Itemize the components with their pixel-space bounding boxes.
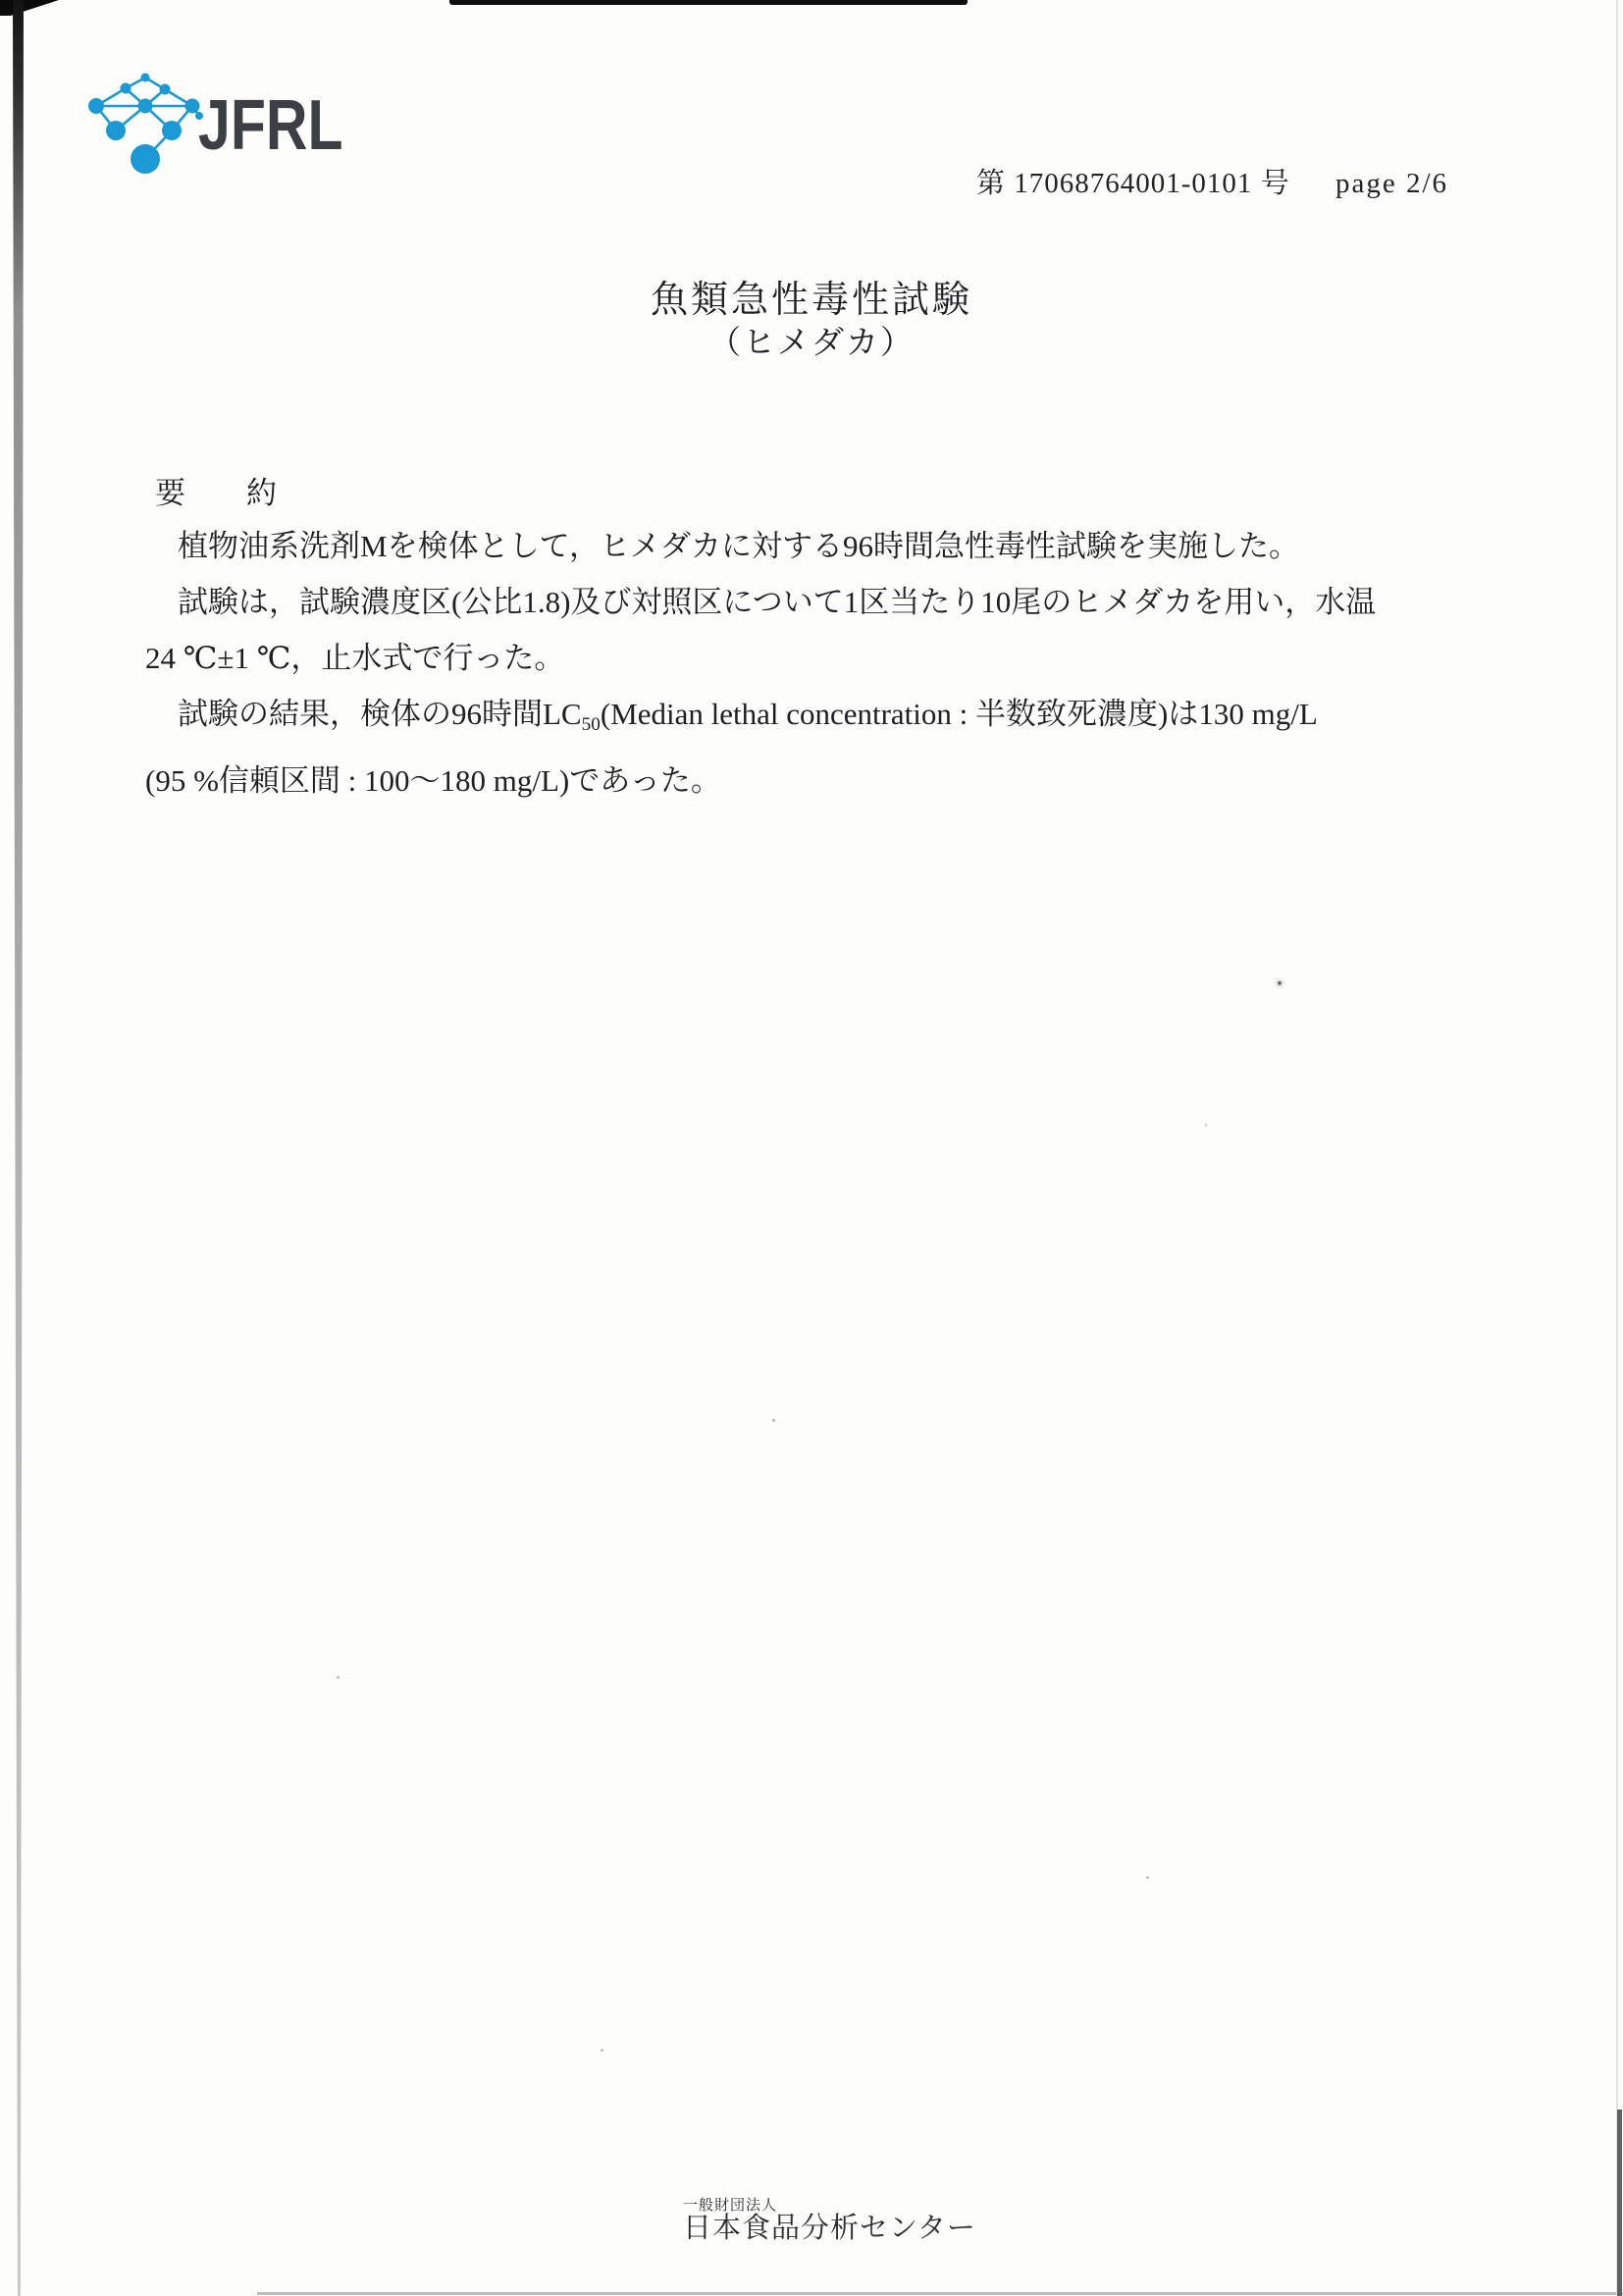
summary-line: 試験は，試験濃度区(公比1.8)及び対照区について1区当たり10尾のヒメダカを用…: [145, 574, 1509, 630]
summary-body: 植物油系洗剤Mを検体として，ヒメダカに対する96時間急性毒性試験を実施した。 試…: [145, 518, 1509, 809]
report-subtitle: （ヒメダカ）: [0, 317, 1623, 363]
report-title: 魚類急性毒性試験: [0, 269, 1623, 323]
scan-speck: [1205, 1123, 1207, 1126]
scan-edge-top: [449, 0, 968, 5]
scan-speck: [1278, 981, 1282, 985]
summary-line: 植物油系洗剤Mを検体として，ヒメダカに対する96時間急性毒性試験を実施した。: [145, 518, 1509, 574]
summary-line: (95 %信頼区間 : 100～180 mg/L)であった。: [145, 753, 1509, 809]
scan-speck: [1146, 1876, 1149, 1879]
scan-edge-right-dark: [1617, 2110, 1622, 2296]
organization-type: 一般財団法人: [683, 2198, 976, 2213]
scan-speck: [772, 1419, 775, 1422]
doc-number-prefix: 第: [976, 168, 1006, 199]
brand-logotype: JFRL: [198, 90, 343, 161]
summary-heading: 要 約: [155, 468, 277, 512]
lc50-subscript: 50: [582, 714, 601, 735]
doc-number: 17068764001-0101: [1014, 168, 1252, 199]
page-indicator: page 2/6: [1335, 168, 1448, 199]
scan-speck: [601, 2049, 603, 2052]
summary-line-text: (Median lethal concentration : 半数致死濃度)は1…: [601, 697, 1318, 731]
summary-line: 試験の結果，検体の96時間LC50(Median lethal concentr…: [145, 686, 1509, 753]
scan-speck: [337, 1676, 340, 1679]
scan-edge-bottom: [257, 2292, 1623, 2295]
organization-name: 日本食品分析センター: [683, 2213, 976, 2245]
scanned-report-page: JFRL 第 17068764001-0101 号 page 2/6 魚類急性毒…: [0, 0, 1623, 2296]
document-number-line: 第 17068764001-0101 号 page 2/6: [976, 161, 1448, 201]
molecule-network-icon: [84, 63, 214, 183]
scan-edge-top-left-wedge: [0, 0, 59, 16]
summary-line-text: 試験の結果，検体の96時間LC: [178, 697, 582, 731]
summary-line: 24 ℃±1 ℃，止水式で行った。: [145, 630, 1509, 686]
doc-number-suffix: 号: [1261, 168, 1290, 199]
footer-organization: 一般財団法人 日本食品分析センター: [683, 2198, 976, 2245]
